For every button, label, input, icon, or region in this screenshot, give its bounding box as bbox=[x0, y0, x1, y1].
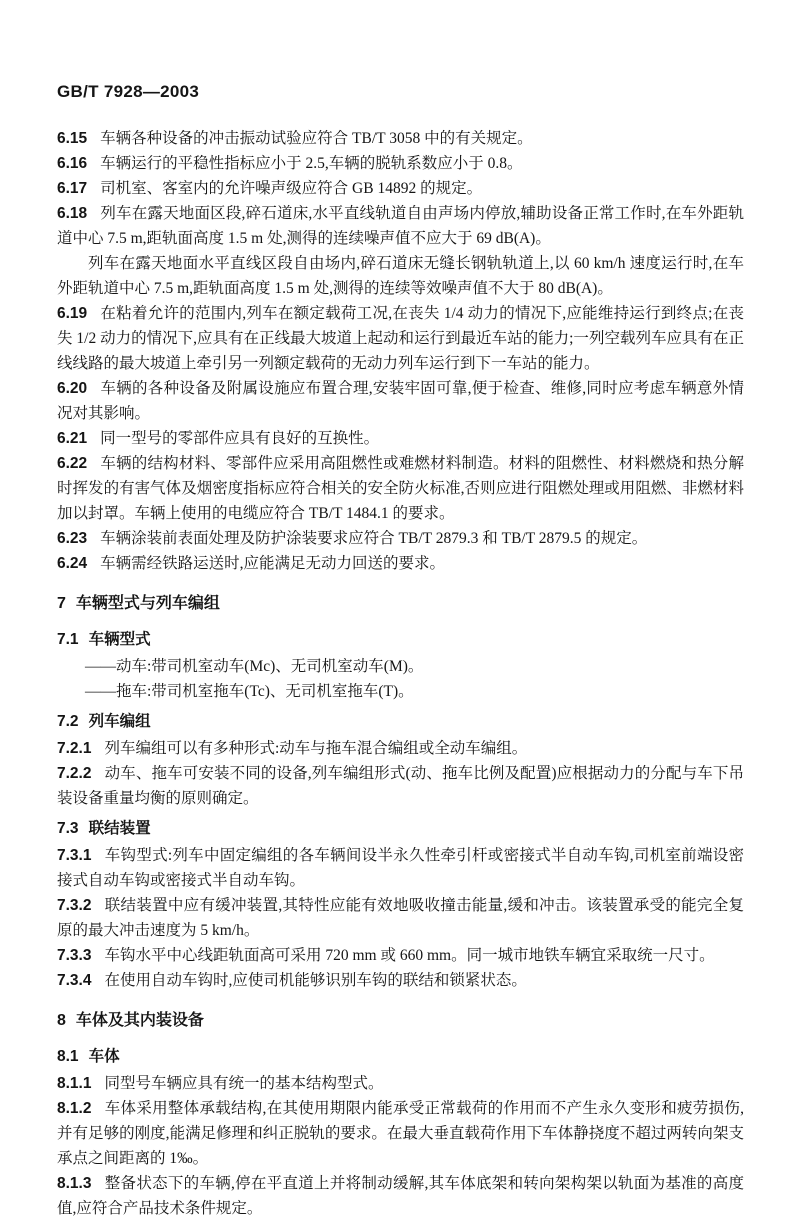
clause-number: 8.1 bbox=[57, 1048, 89, 1065]
clause-paragraph: 6.16车辆运行的平稳性指标应小于 2.5,车辆的脱轨系数应小于 0.8。 bbox=[57, 151, 744, 176]
clause-paragraph: 6.18列车在露天地面区段,碎石道床,水平直线轨道自由声场内停放,辅助设备正常工… bbox=[57, 201, 744, 251]
page-content: GB/T 7928—2003 6.15车辆各种设备的冲击振动试验应符合 TB/T… bbox=[0, 0, 800, 1218]
clause-number: 7.3.3 bbox=[57, 947, 104, 964]
clause-text: 车辆各种设备的冲击振动试验应符合 TB/T 3058 中的有关规定。 bbox=[100, 130, 532, 147]
clause-number: 7.2.2 bbox=[57, 765, 104, 782]
clause-text: 车辆型式 bbox=[89, 631, 151, 648]
clause-text: 车体采用整体承载结构,在其使用期限内能承受正常载荷的作用而不产生永久变形和疲劳损… bbox=[57, 1100, 744, 1167]
clause-paragraph: 7.3.2联结装置中应有缓冲装置,其特性应能有效地吸收撞击能量,缓和冲击。该装置… bbox=[57, 893, 744, 943]
clause-text: 车辆型式与列车编组 bbox=[76, 595, 220, 612]
clause-text: 车体及其内装设备 bbox=[76, 1012, 204, 1029]
subsection-heading: 7.2列车编组 bbox=[57, 709, 744, 734]
clause-text: 列车在露天地面区段,碎石道床,水平直线轨道自由声场内停放,辅助设备正常工作时,在… bbox=[57, 205, 744, 247]
clause-text: 整备状态下的车辆,停在平直道上并将制动缓解,其车体底架和转向架构架以轨面为基准的… bbox=[57, 1175, 744, 1217]
clause-paragraph: 6.21同一型号的零部件应具有良好的互换性。 bbox=[57, 426, 744, 451]
clause-number: 7.2 bbox=[57, 713, 89, 730]
clause-number: 7.3.2 bbox=[57, 897, 104, 914]
clause-number: 6.18 bbox=[57, 205, 100, 222]
dash-list-item: ——拖车:带司机室拖车(Tc)、无司机室拖车(T)。 bbox=[57, 679, 744, 704]
clause-number: 6.19 bbox=[57, 305, 100, 322]
clause-number: 7.3.4 bbox=[57, 972, 104, 989]
subsection-heading: 7.3联结装置 bbox=[57, 816, 744, 841]
clause-paragraph: 7.2.2动车、拖车可安装不同的设备,列车编组形式(动、拖车比例及配置)应根据动… bbox=[57, 761, 744, 811]
clause-text: ——动车:带司机室动车(Mc)、无司机室动车(M)。 bbox=[85, 658, 423, 675]
clause-number: 8.1.2 bbox=[57, 1100, 104, 1117]
dash-list-item: ——动车:带司机室动车(Mc)、无司机室动车(M)。 bbox=[57, 654, 744, 679]
standard-number-header: GB/T 7928—2003 bbox=[57, 82, 744, 102]
clause-text: 司机室、客室内的允许噪声级应符合 GB 14892 的规定。 bbox=[100, 180, 482, 197]
clause-text: 列车编组 bbox=[89, 713, 151, 730]
clause-paragraph: 8.1.1同型号车辆应具有统一的基本结构型式。 bbox=[57, 1071, 744, 1096]
continuation-paragraph: 列车在露天地面水平直线区段自由场内,碎石道床无缝长钢轨轨道上,以 60 km/h… bbox=[57, 251, 744, 301]
clause-number: 8 bbox=[57, 1012, 76, 1029]
clause-text: 同型号车辆应具有统一的基本结构型式。 bbox=[104, 1075, 383, 1092]
clause-text: 车钩水平中心线距轨面高可采用 720 mm 或 660 mm。同一城市地铁车辆宜… bbox=[104, 947, 714, 964]
clause-text: 车辆需经铁路运送时,应能满足无动力回送的要求。 bbox=[100, 555, 445, 572]
clause-text: 列车编组可以有多种形式:动车与拖车混合编组或全动车编组。 bbox=[104, 740, 527, 757]
clause-number: 6.24 bbox=[57, 555, 100, 572]
document-body: 6.15车辆各种设备的冲击振动试验应符合 TB/T 3058 中的有关规定。6.… bbox=[57, 126, 744, 1218]
clause-paragraph: 6.20车辆的各种设备及附属设施应布置合理,安装牢固可靠,便于检查、维修,同时应… bbox=[57, 376, 744, 426]
clause-number: 6.21 bbox=[57, 430, 100, 447]
section-heading: 7车辆型式与列车编组 bbox=[57, 591, 744, 616]
clause-paragraph: 7.3.3车钩水平中心线距轨面高可采用 720 mm 或 660 mm。同一城市… bbox=[57, 943, 744, 968]
clause-paragraph: 8.1.3整备状态下的车辆,停在平直道上并将制动缓解,其车体底架和转向架构架以轨… bbox=[57, 1171, 744, 1218]
clause-number: 7.3.1 bbox=[57, 847, 104, 864]
clause-number: 6.15 bbox=[57, 130, 100, 147]
document-page: GB/T 7928—2003 6.15车辆各种设备的冲击振动试验应符合 TB/T… bbox=[0, 0, 800, 1218]
clause-text: 车辆的结构材料、零部件应采用高阻燃性或难燃材料制造。材料的阻燃性、材料燃烧和热分… bbox=[57, 455, 744, 522]
clause-number: 8.1.1 bbox=[57, 1075, 104, 1092]
clause-text: 联结装置 bbox=[89, 820, 151, 837]
subsection-heading: 7.1车辆型式 bbox=[57, 627, 744, 652]
clause-text: 列车在露天地面水平直线区段自由场内,碎石道床无缝长钢轨轨道上,以 60 km/h… bbox=[57, 255, 744, 297]
section-heading: 8车体及其内装设备 bbox=[57, 1008, 744, 1033]
clause-paragraph: 7.3.1车钩型式:列车中固定编组的各车辆间设半永久性牵引杆或密接式半自动车钩,… bbox=[57, 843, 744, 893]
clause-number: 8.1.3 bbox=[57, 1175, 104, 1192]
clause-number: 6.16 bbox=[57, 155, 100, 172]
clause-paragraph: 6.23车辆涂装前表面处理及防护涂装要求应符合 TB/T 2879.3 和 TB… bbox=[57, 526, 744, 551]
clause-text: 动车、拖车可安装不同的设备,列车编组形式(动、拖车比例及配置)应根据动力的分配与… bbox=[57, 765, 744, 807]
clause-number: 6.20 bbox=[57, 380, 100, 397]
clause-text: ——拖车:带司机室拖车(Tc)、无司机室拖车(T)。 bbox=[85, 683, 414, 700]
clause-number: 6.23 bbox=[57, 530, 100, 547]
clause-text: 车辆的各种设备及附属设施应布置合理,安装牢固可靠,便于检查、维修,同时应考虑车辆… bbox=[57, 380, 744, 422]
subsection-heading: 8.1车体 bbox=[57, 1044, 744, 1069]
clause-paragraph: 7.3.4在使用自动车钩时,应使司机能够识别车钩的联结和锁紧状态。 bbox=[57, 968, 744, 993]
clause-number: 7.1 bbox=[57, 631, 89, 648]
clause-text: 车体 bbox=[89, 1048, 120, 1065]
clause-paragraph: 6.19在粘着允许的范围内,列车在额定载荷工况,在丧失 1/4 动力的情况下,应… bbox=[57, 301, 744, 376]
clause-paragraph: 7.2.1列车编组可以有多种形式:动车与拖车混合编组或全动车编组。 bbox=[57, 736, 744, 761]
clause-text: 车辆运行的平稳性指标应小于 2.5,车辆的脱轨系数应小于 0.8。 bbox=[100, 155, 522, 172]
clause-number: 6.22 bbox=[57, 455, 100, 472]
clause-number: 6.17 bbox=[57, 180, 100, 197]
clause-paragraph: 6.15车辆各种设备的冲击振动试验应符合 TB/T 3058 中的有关规定。 bbox=[57, 126, 744, 151]
clause-text: 车辆涂装前表面处理及防护涂装要求应符合 TB/T 2879.3 和 TB/T 2… bbox=[100, 530, 647, 547]
clause-text: 车钩型式:列车中固定编组的各车辆间设半永久性牵引杆或密接式半自动车钩,司机室前端… bbox=[57, 847, 744, 889]
clause-paragraph: 8.1.2车体采用整体承载结构,在其使用期限内能承受正常载荷的作用而不产生永久变… bbox=[57, 1096, 744, 1171]
clause-text: 在粘着允许的范围内,列车在额定载荷工况,在丧失 1/4 动力的情况下,应能维持运… bbox=[57, 305, 744, 372]
clause-paragraph: 6.17司机室、客室内的允许噪声级应符合 GB 14892 的规定。 bbox=[57, 176, 744, 201]
clause-paragraph: 6.24车辆需经铁路运送时,应能满足无动力回送的要求。 bbox=[57, 551, 744, 576]
clause-text: 在使用自动车钩时,应使司机能够识别车钩的联结和锁紧状态。 bbox=[104, 972, 526, 989]
clause-number: 7.2.1 bbox=[57, 740, 104, 757]
clause-text: 联结装置中应有缓冲装置,其特性应能有效地吸收撞击能量,缓和冲击。该装置承受的能完… bbox=[57, 897, 744, 939]
clause-text: 同一型号的零部件应具有良好的互换性。 bbox=[100, 430, 379, 447]
clause-number: 7.3 bbox=[57, 820, 89, 837]
clause-number: 7 bbox=[57, 595, 76, 612]
clause-paragraph: 6.22车辆的结构材料、零部件应采用高阻燃性或难燃材料制造。材料的阻燃性、材料燃… bbox=[57, 451, 744, 526]
